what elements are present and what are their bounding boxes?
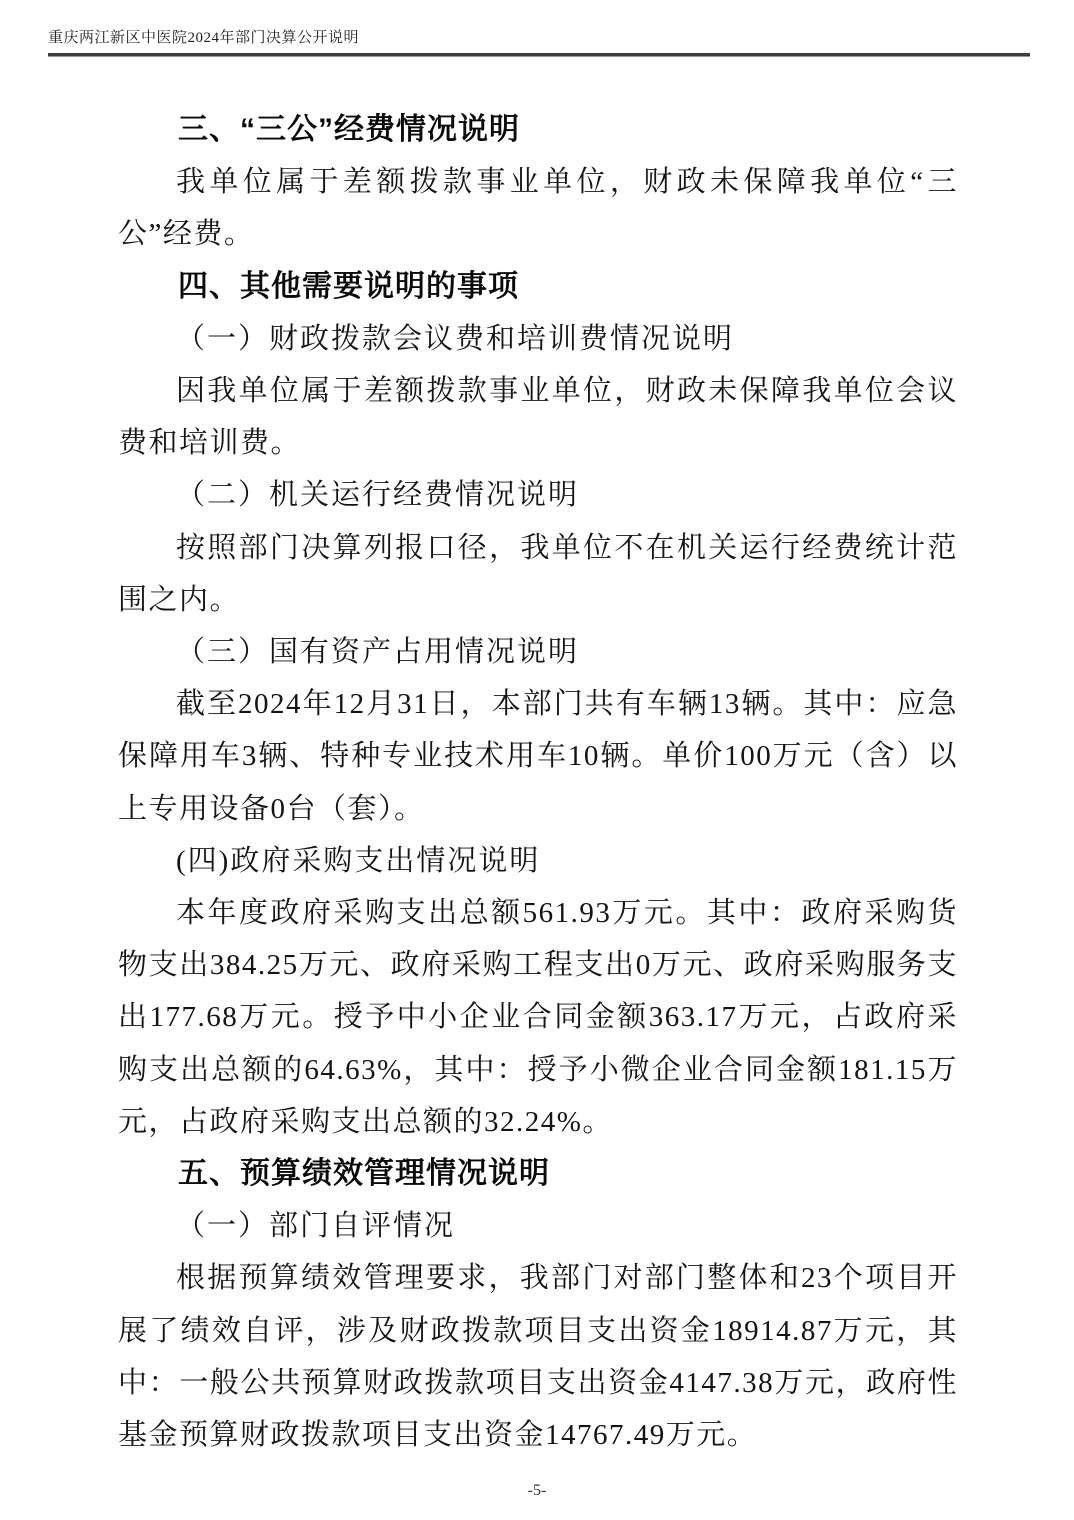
header-rule <box>48 53 1030 57</box>
running-header: 重庆两江新区中医院2024年部门决算公开说明 <box>48 28 1030 57</box>
paragraph-operating-expenses: 按照部门决算列报口径，我单位不在机关运行经费统计范围之内。 <box>118 522 958 626</box>
subheading-state-assets: （三）国有资产占用情况说明 <box>118 626 958 678</box>
subheading-operating-expenses: （二）机关运行经费情况说明 <box>118 469 958 521</box>
running-header-title: 重庆两江新区中医院2024年部门决算公开说明 <box>48 28 1030 48</box>
paragraph-sangong: 我单位属于差额拨款事业单位，财政未保障我单位“三公”经费。 <box>118 156 958 260</box>
section-heading-budget-performance: 五、预算绩效管理情况说明 <box>118 1148 958 1200</box>
subheading-self-evaluation: （一）部门自评情况 <box>118 1200 958 1252</box>
subheading-gov-procurement: (四)政府采购支出情况说明 <box>118 835 958 887</box>
document-body: 三、“三公”经费情况说明 我单位属于差额拨款事业单位，财政未保障我单位“三公”经… <box>118 104 958 1461</box>
document-page: 重庆两江新区中医院2024年部门决算公开说明 三、“三公”经费情况说明 我单位属… <box>0 0 1074 1520</box>
paragraph-state-assets: 截至2024年12月31日，本部门共有车辆13辆。其中：应急保障用车3辆、特种专… <box>118 678 958 835</box>
section-heading-sangong: 三、“三公”经费情况说明 <box>118 104 958 156</box>
page-number: -5- <box>0 1482 1074 1500</box>
section-heading-other-matters: 四、其他需要说明的事项 <box>118 261 958 313</box>
paragraph-meeting-training-fees: 因我单位属于差额拨款事业单位，财政未保障我单位会议费和培训费。 <box>118 365 958 469</box>
paragraph-self-evaluation: 根据预算绩效管理要求，我部门对部门整体和23个项目开展了绩效自评，涉及财政拨款项… <box>118 1252 958 1461</box>
paragraph-gov-procurement: 本年度政府采购支出总额561.93万元。其中：政府采购货物支出384.25万元、… <box>118 887 958 1148</box>
subheading-meeting-training-fees: （一）财政拨款会议费和培训费情况说明 <box>118 313 958 365</box>
